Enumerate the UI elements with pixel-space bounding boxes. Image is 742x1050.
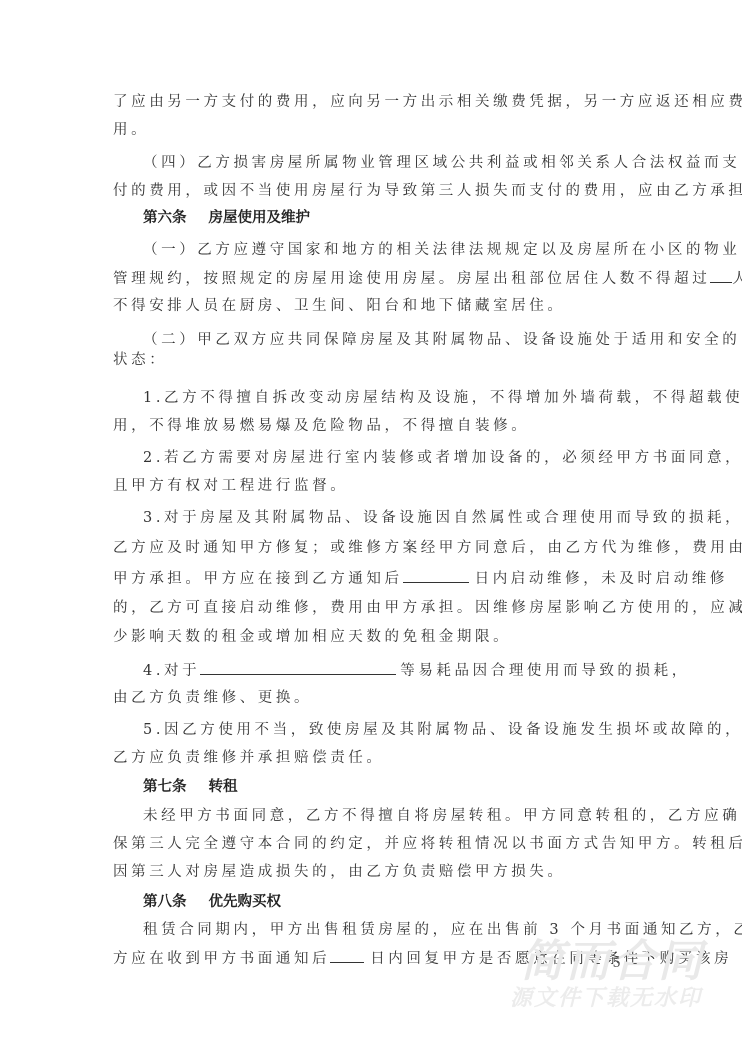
heading-title: 优先购买权 [209, 894, 282, 910]
page-number: - 5 - [596, 956, 641, 971]
section-heading-8: 第八条优先购买权 [143, 892, 281, 912]
paragraph-line: 管理规约，按照规定的房屋用途使用房屋。房屋出租部位居住人数不得超过人， [113, 268, 633, 289]
paragraph-line: 少影响天数的租金或增加相应天数的免租金期限。 [113, 627, 633, 647]
paragraph-line: 由乙方负责维修、更换。 [113, 688, 633, 708]
fill-in-blank-reply-days[interactable] [330, 948, 364, 963]
paragraph-line: 甲方承担。甲方应在接到乙方通知后日内启动维修，未及时启动维修 [113, 568, 633, 589]
line-text: 4.对于 [143, 663, 200, 679]
paragraph-line: 用。 [113, 120, 633, 140]
paragraph-line: 保第三人完全遵守本合同的约定，并应将转租情况以书面方式告知甲方。转租后 [113, 834, 633, 854]
paragraph-line: 2.若乙方需要对房屋进行室内装修或者增加设备的，必须经甲方书面同意， [143, 448, 633, 468]
paragraph-line: 1.乙方不得擅自拆改变动房屋结构及设施，不得增加外墙荷载，不得超载使 [143, 388, 633, 408]
heading-title: 转租 [209, 779, 238, 795]
paragraph-line: 5.因乙方使用不当，致使房屋及其附属物品、设备设施发生损坏或故障的， [143, 720, 633, 740]
paragraph-line: 3.对于房屋及其附属物品、设备设施因自然属性或合理使用而导致的损耗， [143, 508, 633, 528]
paragraph-line: 乙方应及时通知甲方修复；或维修方案经甲方同意后，由乙方代为维修，费用由 [113, 538, 633, 558]
heading-number: 第六条 [143, 210, 187, 226]
paragraph-line: 因第三人对房屋造成损失的，由乙方负责赔偿甲方损失。 [113, 862, 633, 882]
heading-number: 第八条 [143, 894, 187, 910]
paragraph-line: 付的费用，或因不当使用房屋行为导致第三人损失而支付的费用，应由乙方承担。 [113, 181, 633, 201]
line-text: 日内启动维修，未及时启动维修 [475, 571, 728, 587]
line-text: 人， [732, 271, 742, 287]
paragraph-line: 的，乙方可直接启动维修，费用由甲方承担。因维修房屋影响乙方使用的，应减 [113, 598, 633, 618]
heading-title: 房屋使用及维护 [209, 210, 311, 226]
watermark-tagline: 源文件下载无水印 [510, 981, 702, 1012]
line-text: 甲方承担。甲方应在接到乙方通知后 [113, 571, 403, 587]
paragraph-line: （一）乙方应遵守国家和地方的相关法律法规规定以及房屋所在小区的物业 [143, 240, 633, 260]
line-text: 等易耗品因合理使用而导致的损耗， [400, 663, 690, 679]
paragraph-line: （四）乙方损害房屋所属物业管理区域公共利益或相邻关系人合法权益而支 [143, 153, 633, 173]
line-text: 方应在收到甲方书面通知后 [113, 951, 330, 967]
paragraph-line: 未经甲方书面同意，乙方不得擅自将房屋转租。甲方同意转租的，乙方应确 [143, 806, 633, 826]
paragraph-line: 了应由另一方支付的费用，应向另一方出示相关缴费凭据，另一方应返还相应费 [113, 92, 633, 112]
paragraph-line: 状态： [113, 350, 633, 370]
section-heading-6: 第六条房屋使用及维护 [143, 208, 310, 228]
fill-in-blank-consumables[interactable] [200, 660, 396, 675]
document-page: 了应由另一方支付的费用，应向另一方出示相关缴费凭据，另一方应返还相应费 用。 （… [0, 0, 742, 1050]
paragraph-line: 不得安排人员在厨房、卫生间、阳台和地下储藏室居住。 [113, 296, 633, 316]
section-heading-7: 第七条转租 [143, 777, 238, 797]
paragraph-line: 且甲方有权对工程进行监督。 [113, 476, 633, 496]
fill-in-blank-repair-days[interactable] [403, 568, 469, 583]
paragraph-line: （二）甲乙双方应共同保障房屋及其附属物品、设备设施处于适用和安全的 [143, 330, 633, 350]
line-text: 管理规约，按照规定的房屋用途使用房屋。房屋出租部位居住人数不得超过 [113, 271, 710, 287]
paragraph-line: 用，不得堆放易燃易爆及危险物品，不得擅自装修。 [113, 416, 633, 436]
heading-number: 第七条 [143, 779, 187, 795]
fill-in-blank-occupants[interactable] [710, 268, 732, 283]
paragraph-line: 乙方应负责维修并承担赔偿责任。 [113, 748, 633, 768]
paragraph-line: 4.对于等易耗品因合理使用而导致的损耗， [143, 660, 633, 681]
